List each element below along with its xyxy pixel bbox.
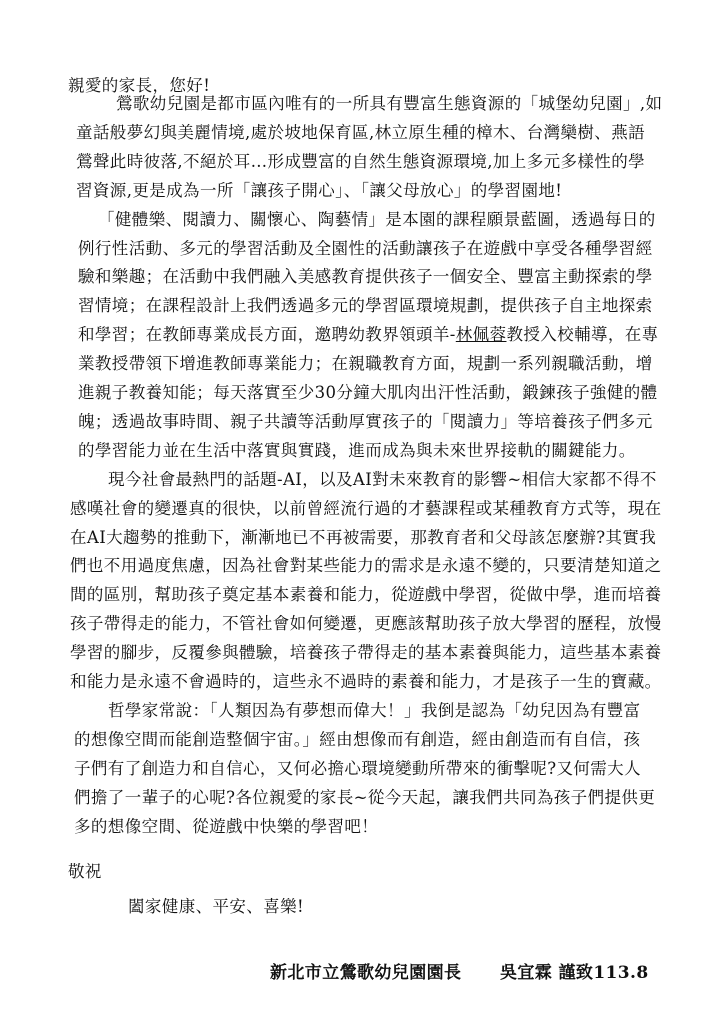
body-line: 習資源,更是成為一所「讓孩子開心」、「讓父母放心」的學習園地! — [76, 177, 562, 201]
signature-name: 吳宜霖 謹致113.8 — [500, 958, 649, 983]
signature-org: 新北市立鶯歌幼兒園園長 — [270, 958, 461, 983]
body-line: 孩子帶得走的能力，不管社會如何變遷，更應該幫助孩子放大學習的歷程，放慢 — [70, 610, 662, 634]
body-line: 魄；透過故事時間、親子共讀等活動厚實孩子的「閱讀力」等培養孩子們多元 — [78, 408, 653, 432]
body-line: 和學習；在教師專業成長方面，邀聘幼教界領頭羊-林佩蓉教授入校輔導，在專 — [78, 321, 659, 345]
body-line: 「健體樂、閱讀力、關懷心、陶藝情」是本園的課程願景藍圖，透過每日的 — [98, 206, 656, 230]
professor-name: 林佩蓉 — [456, 325, 507, 344]
body-line: 哲學家常說：「人類因為有夢想而偉大！」我倒是認為「幼兒因為有豐富 — [108, 697, 641, 721]
body-line: 鶯聲此時彼落,不絕於耳…形成豐富的自然生態資源環境,加上多元多樣性的學 — [76, 148, 645, 172]
body-line: 進親子教養知能；每天落實至少30分鐘大肌肉出汗性活動，鍛鍊孩子強健的體 — [78, 379, 658, 403]
body-line: 現今社會最熱門的話題-AI，以及AI對未來教育的影響~相信大家都不得不 — [108, 466, 657, 490]
body-line: 在AI大趨勢的推動下，漸漸地已不再被需要，那教育者和父母該怎麼辦?其實我 — [70, 524, 656, 548]
body-line: 間的區別，幫助孩子奠定基本素養和能力，從遊戲中學習，從做中學，進而培養 — [70, 581, 662, 605]
body-line: 例行性活動、多元的學習活動及全園性的活動讓孩子在遊戲中享受各種學習經 — [78, 235, 653, 259]
body-line: 們擔了一輩子的心呢?各位親愛的家長~從今天起，讓我們共同為孩子們提供更 — [74, 784, 655, 808]
body-line: 的想像空間而能創造整個宇宙。」經由想像而有創造，經由創造而有自信，孩 — [74, 726, 640, 750]
body-line: 童話般夢幻與美麗情境,處於坡地保育區,林立原生種的樟木、台灣欒樹、燕語 — [76, 119, 645, 143]
body-line: 子們有了創造力和自信心，又何必擔心環境變動所帶來的衝擊呢?又何需大人 — [74, 755, 641, 779]
body-line: 驗和樂趣；在活動中我們融入美感教育提供孩子一個安全、豐富主動探索的學 — [78, 263, 653, 287]
wishes: 闔家健康、平安、喜樂! — [128, 893, 304, 917]
body-line: 和能力是永遠不會過時的，這些永不過時的素養和能力，才是孩子一生的寶藏。 — [70, 668, 662, 692]
body-line: 多的想像空間、從遊戲中快樂的學習吧！ — [74, 813, 378, 837]
body-line: 習情境；在課程設計上我們透過多元的學習區環境規劃，提供孩子自主地探索 — [78, 292, 653, 316]
body-line: 鶯歌幼兒園是都市區內唯有的一所具有豐富生態資源的「城堡幼兒園」,如 — [116, 90, 662, 114]
body-line: 業教授帶領下增進教師專業能力；在親職教育方面，規劃一系列親職活動，增 — [78, 350, 653, 374]
body-line: 們也不用過度焦慮，因為社會對某些能力的需求是永遠不變的，只要清楚知道之 — [70, 552, 662, 576]
closing: 敬祝 — [68, 858, 102, 882]
body-line: 感嘆社會的變遷真的很快，以前曾經流行過的才藝課程或某種教育方式等，現在 — [70, 495, 662, 519]
body-line: 學習的腳步，反覆參與體驗，培養孩子帶得走的基本素養與能力，這些基本素養 — [70, 639, 662, 663]
body-line: 的學習能力並在生活中落實與實踐，進而成為與未來世界接軌的關鍵能力。 — [78, 437, 636, 461]
